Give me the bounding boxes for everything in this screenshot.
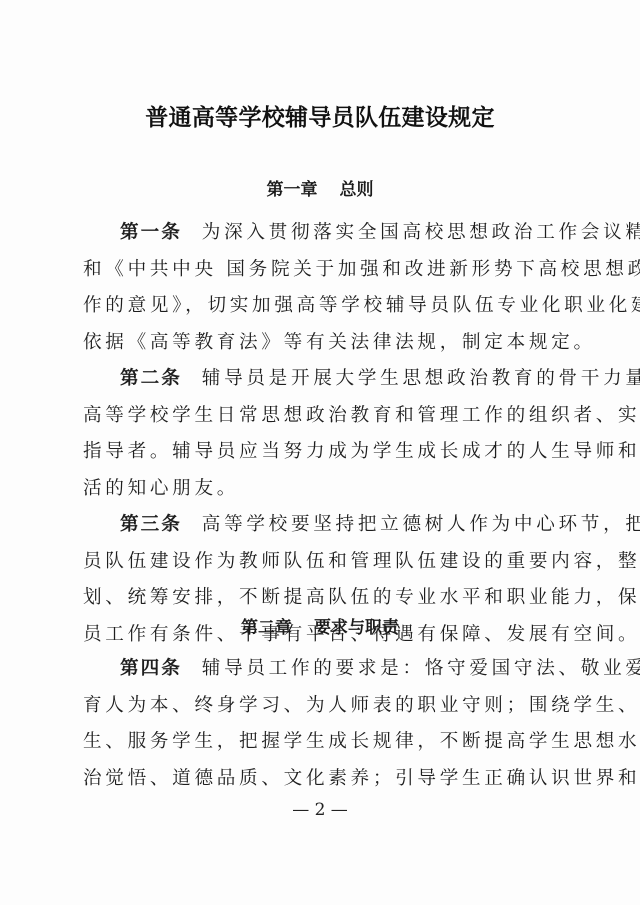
article-first-line: 第三条高等学校要坚持把立德树人作为中心环节，把辅导 — [83, 507, 559, 544]
article-text-line: 辅导员是开展大学生思想政治教育的骨干力量，是 — [202, 368, 640, 389]
page-number: — 2 — — [0, 800, 640, 820]
article-text-line: 辅导员工作的要求是：恪守爱国守法、敬业爱生、 — [202, 658, 640, 679]
article-text-line: 高等学校要坚持把立德树人作为中心环节，把辅导 — [202, 514, 640, 535]
article-text-line: 作的意见》，切实加强高等学校辅导员队伍专业化职业化建设， — [83, 288, 559, 325]
article-text-line: 高等学校学生日常思想政治教育和管理工作的组织者、实施者、 — [83, 398, 559, 435]
chapter-label: 第一章 — [267, 180, 318, 200]
article-first-line: 第二条辅导员是开展大学生思想政治教育的骨干力量，是 — [83, 361, 559, 398]
article-1: 第一条为深入贯彻落实全国高校思想政治工作会议精神 和《中共中央 国务院关于加强和… — [83, 215, 559, 361]
article-first-line: 第四条辅导员工作的要求是：恪守爱国守法、敬业爱生、 — [83, 651, 559, 688]
article-text-line: 活的知心朋友。 — [83, 471, 559, 508]
article-text-line: 指导者。辅导员应当努力成为学生成长成才的人生导师和健康生 — [83, 434, 559, 471]
article-text-line: 育人为本、终身学习、为人师表的职业守则；围绕学生、关照学 — [83, 688, 559, 725]
article-text-line: 划、统筹安排，不断提高队伍的专业水平和职业能力，保证辅导 — [83, 580, 559, 617]
article-label: 第二条 — [120, 368, 182, 389]
chapter-heading-1: 第一章总则 — [0, 175, 640, 205]
article-text-line: 治觉悟、道德品质、文化素养；引导学生正确认识世界和中国发 — [83, 761, 559, 798]
article-label: 第一条 — [120, 222, 182, 243]
article-4: 第四条辅导员工作的要求是：恪守爱国守法、敬业爱生、 育人为本、终身学习、为人师表… — [83, 651, 559, 797]
article-text-line: 为深入贯彻落实全国高校思想政治工作会议精神 — [202, 222, 640, 243]
chapter-heading-2: 第二章要求与职责 — [0, 613, 640, 643]
article-label: 第四条 — [120, 658, 182, 679]
document-title: 普通高等学校辅导员队伍建设规定 — [0, 100, 640, 136]
article-label: 第三条 — [120, 514, 182, 535]
document-page: 普通高等学校辅导员队伍建设规定 第一章总则 第一条为深入贯彻落实全国高校思想政治… — [0, 0, 640, 905]
article-first-line: 第一条为深入贯彻落实全国高校思想政治工作会议精神 — [83, 215, 559, 252]
chapter-name: 总则 — [340, 180, 374, 200]
article-text-line: 生、服务学生，把握学生成长规律，不断提高学生思想水平、政 — [83, 724, 559, 761]
article-text-line: 和《中共中央 国务院关于加强和改进新形势下高校思想政治工 — [83, 252, 559, 289]
article-text-line: 员队伍建设作为教师队伍和管理队伍建设的重要内容，整体规 — [83, 544, 559, 581]
chapter-name: 要求与职责 — [314, 618, 399, 638]
chapter-label: 第二章 — [241, 618, 292, 638]
article-text-line: 依据《高等教育法》等有关法律法规，制定本规定。 — [83, 325, 559, 362]
article-2: 第二条辅导员是开展大学生思想政治教育的骨干力量，是 高等学校学生日常思想政治教育… — [83, 361, 559, 507]
